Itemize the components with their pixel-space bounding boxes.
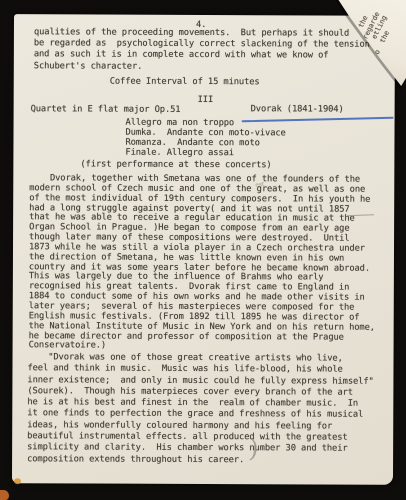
pencil-insertion-annotation: est — [255, 181, 265, 189]
photographed-document: 4. qualities of the proceeding movements… — [0, 0, 406, 500]
paragraph-quote: "Dvorak was one of those great creative … — [27, 352, 374, 466]
typewritten-page: 4. qualities of the proceeding movements… — [12, 14, 395, 485]
text-line: feel and think in music. Music was his l… — [27, 364, 373, 377]
first-performance-note: (first performance at these concerts) — [80, 159, 271, 170]
text-line: and as such it is in complete accord wit… — [34, 50, 370, 63]
paragraph-biography: Dvorak, together with Smetana was one of… — [29, 174, 376, 353]
text-line: Conservatoire.) — [29, 342, 375, 353]
interval-line: Coffee Interval of 15 minutes — [110, 77, 260, 88]
work-title: Quartet in E flat major Op.51 — [31, 104, 181, 115]
top-paragraph: qualities of the proceeding movements. B… — [34, 27, 370, 73]
text-line: Schubert's character. — [34, 61, 370, 74]
section-numeral: III — [198, 95, 214, 105]
composer-name: Dvorak (1841-1904) — [251, 104, 344, 114]
text-line: Finale. Allegro assai — [125, 148, 285, 159]
orange-corner-smudge — [0, 490, 9, 500]
text-line: composition extends throughout his caree… — [27, 454, 373, 467]
orange-stain — [14, 478, 21, 484]
movements-list: Allegro ma non troppoDumka. Andante con … — [125, 119, 285, 159]
